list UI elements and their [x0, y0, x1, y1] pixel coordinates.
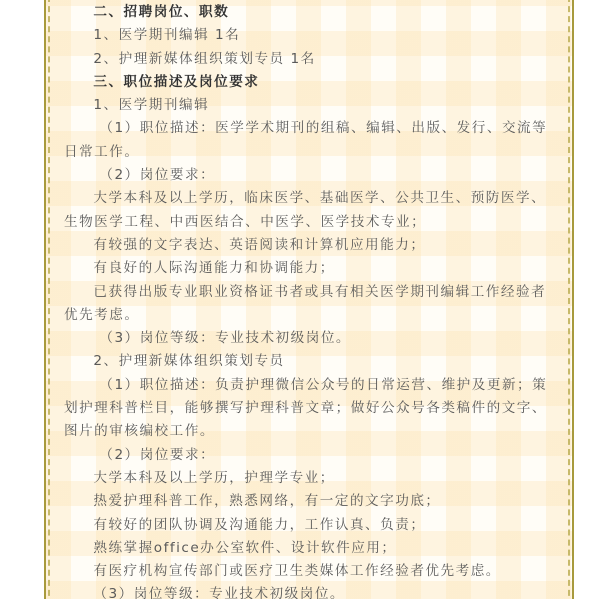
requirement-item: 大学本科及以上学历，护理学专业； — [64, 467, 558, 490]
job-description: （1）职位描述：医学学术期刊的组稿、编辑、出版、发行、交流等日常工作。 — [64, 117, 558, 164]
job-description: （1）职位描述：负责护理微信公众号的日常运营、维护及更新；策划护理科普栏目，能够… — [64, 374, 558, 444]
requirement-item: 热爱护理科普工作，熟悉网络，有一定的文字功底； — [64, 490, 558, 513]
requirement-item: 有医疗机构宣传部门或医疗卫生类媒体工作经验者优先考虑。 — [64, 560, 558, 583]
requirement-item: 已获得出版专业职业资格证书者或具有相关医学期刊编辑工作经验者优先考虑。 — [64, 281, 558, 328]
section-heading-requirements: 三、职位描述及岗位要求 — [64, 71, 558, 94]
section-heading-positions: 二、招聘岗位、职数 — [64, 1, 558, 24]
position-item: 1、医学期刊编辑 1名 — [64, 24, 558, 47]
requirement-item: 熟练掌握office办公室软件、设计软件应用； — [64, 537, 558, 560]
job-level: （3）岗位等级：专业技术初级岗位。 — [64, 583, 558, 599]
requirement-item: 有较好的团队协调及沟通能力，工作认真、负责； — [64, 514, 558, 537]
requirement-item: 有较强的文字表达、英语阅读和计算机应用能力； — [64, 234, 558, 257]
gingham-article-card: 二、招聘岗位、职数 1、医学期刊编辑 1名 2、护理新媒体组织策划专员 1名 三… — [44, 0, 574, 599]
position-item: 2、护理新媒体组织策划专员 1名 — [64, 48, 558, 71]
requirements-label: （2）岗位要求： — [64, 444, 558, 467]
job-title: 2、护理新媒体组织策划专员 — [64, 350, 558, 373]
job-title: 1、医学期刊编辑 — [64, 94, 558, 117]
requirements-label: （2）岗位要求： — [64, 164, 558, 187]
requirement-item: 大学本科及以上学历，临床医学、基础医学、公共卫生、预防医学、生物医学工程、中西医… — [64, 187, 558, 234]
article-content: 二、招聘岗位、职数 1、医学期刊编辑 1名 2、护理新媒体组织策划专员 1名 三… — [64, 1, 558, 599]
page: 二、招聘岗位、职数 1、医学期刊编辑 1名 2、护理新媒体组织策划专员 1名 三… — [0, 0, 606, 599]
requirement-item: 有良好的人际沟通能力和协调能力； — [64, 257, 558, 280]
job-level: （3）岗位等级：专业技术初级岗位。 — [64, 327, 558, 350]
